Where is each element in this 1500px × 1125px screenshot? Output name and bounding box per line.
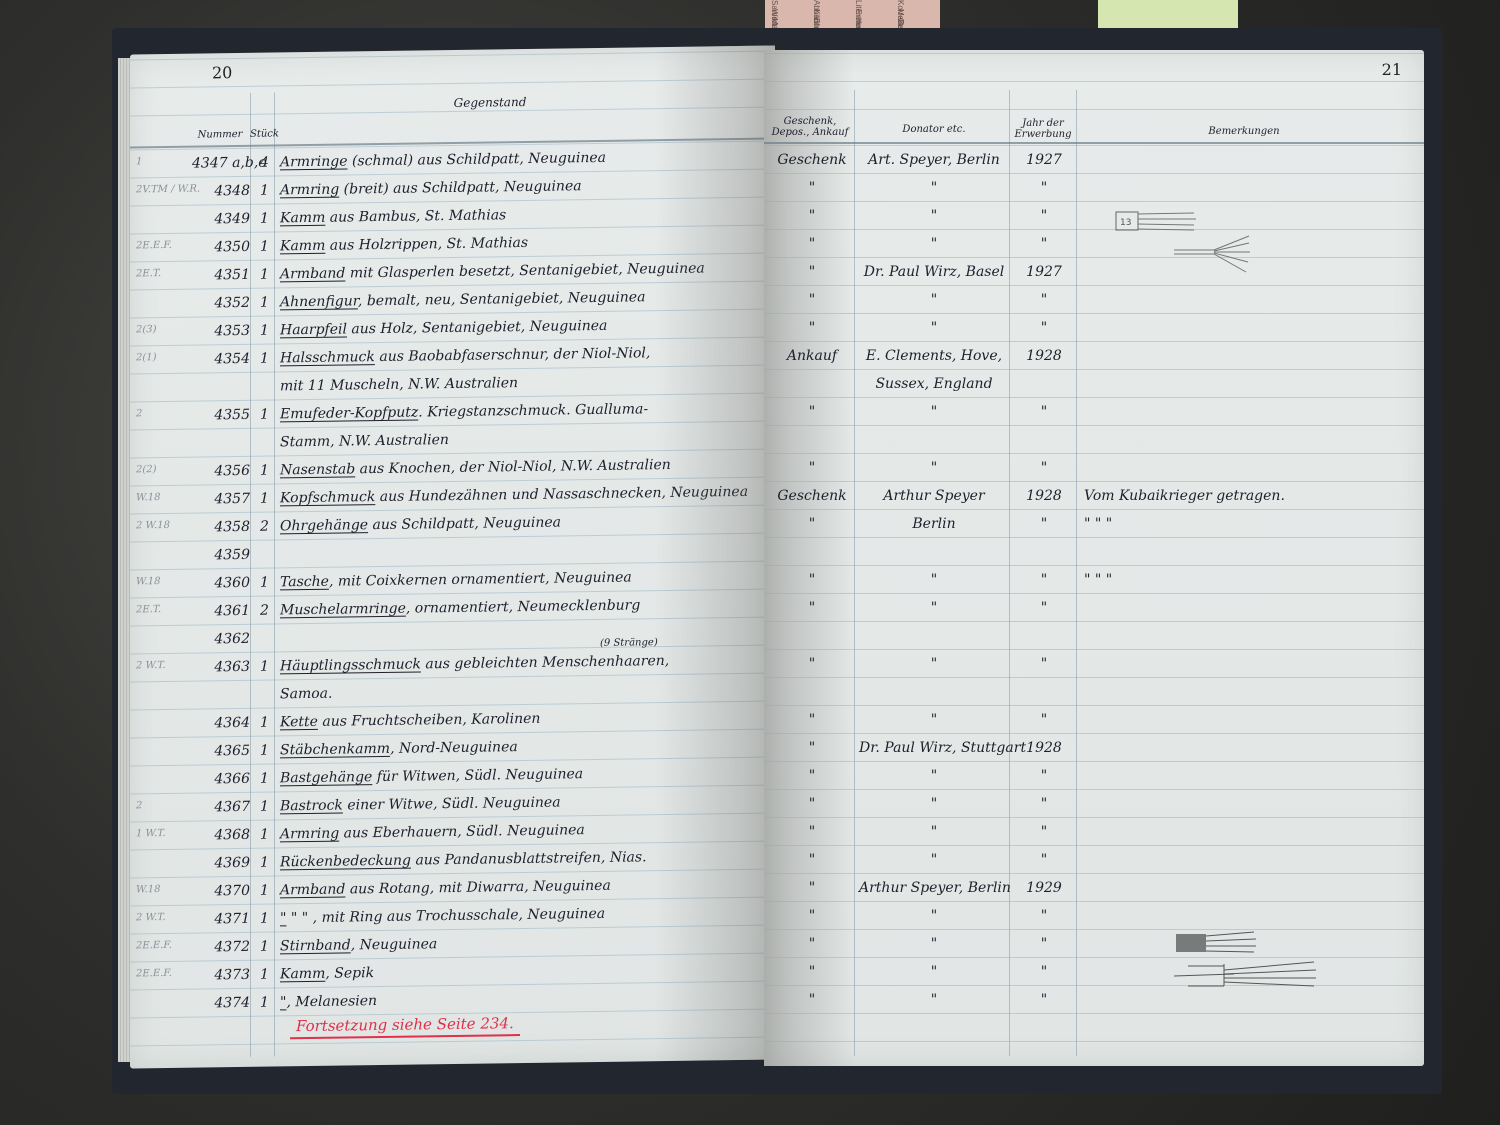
object-description: Halsschmuck aus Baobabfaserschnur, der N… [280, 345, 650, 366]
table-row: """ [764, 288, 1424, 314]
acquisition-type: " [772, 180, 852, 196]
acquisition-year: " [1009, 936, 1079, 952]
remarks: " " " [1084, 572, 1112, 588]
object-description: Kamm aus Holzrippen, St. Mathias [280, 235, 528, 254]
donor: " [859, 852, 1009, 868]
inventory-number: 4367 [192, 799, 250, 816]
acquisition-year: " [1009, 656, 1079, 672]
item-count: 4 [260, 155, 269, 171]
table-row: """ " " [764, 512, 1424, 538]
table-row: """ [764, 932, 1424, 958]
acquisition-year: 1928 [1009, 488, 1079, 504]
donor: Art. Speyer, Berlin [859, 152, 1009, 168]
table-row: GeschenkArthur Speyer1928Vom Kubaikriege… [764, 484, 1424, 510]
object-description: " " " , mit Ring aus Trochusschale, Neug… [280, 906, 605, 927]
table-row: """ [764, 596, 1424, 622]
acquisition-year: " [1009, 796, 1079, 812]
item-count: 1 [260, 323, 269, 339]
object-description: Ahnenfigur, bemalt, neu, Sentanigebiet, … [280, 289, 645, 310]
donor: " [859, 768, 1009, 784]
object-description: Kette aus Fruchtscheiben, Karolinen [280, 711, 540, 731]
inventory-number: 4372 [192, 939, 250, 956]
inventory-number: 4349 [192, 211, 250, 228]
acquisition-type: " [772, 880, 852, 896]
table-row-continuation: Sussex, England [764, 372, 1424, 398]
table-row: """" " " [764, 568, 1424, 594]
slip-label: Entstehung [812, 18, 821, 28]
remarks: " " " [1084, 516, 1112, 532]
donor: Dr. Paul Wirz, Basel [859, 264, 1009, 280]
comb-sketch-bottom [1174, 930, 1324, 1000]
acquisition-type: " [772, 460, 852, 476]
acquisition-type: " [772, 208, 852, 224]
inventory-number: 4361 [192, 603, 250, 620]
acquisition-type: " [772, 936, 852, 952]
donor: " [859, 292, 1009, 308]
inventory-number: 4366 [192, 771, 250, 788]
acquisition-year: " [1009, 852, 1079, 868]
donor: Arthur Speyer [859, 488, 1009, 504]
table-row: """ [764, 204, 1424, 230]
inventory-number: 4357 [192, 491, 250, 508]
object-description: Ohrgehänge aus Schildpatt, Neuguinea [280, 514, 561, 534]
acquisition-type: " [772, 236, 852, 252]
left-page: 20 Nummer Stück Gegenstand 14347 a,b,c4A… [130, 45, 775, 1068]
margin-annotation: 2E.E.F. [136, 940, 172, 952]
margin-annotation: 2 W.T. [136, 660, 166, 671]
remarks: Vom Kubaikrieger getragen. [1084, 488, 1285, 504]
item-count: 1 [260, 295, 269, 311]
margin-annotation: 2E.T. [136, 604, 161, 615]
object-description: Haarpfeil aus Holz, Sentanigebiet, Neugu… [280, 318, 607, 339]
margin-annotation: W.18 [136, 576, 160, 587]
acquisition-type: " [772, 992, 852, 1008]
acquisition-type: " [772, 964, 852, 980]
continuation-note: Fortsetzung siehe Seite 234. [290, 1014, 520, 1039]
slip-label: Gegenstand [896, 18, 905, 28]
inventory-number: 4348 [192, 183, 250, 200]
object-description: Bastgehänge für Witwen, Südl. Neuguinea [280, 766, 583, 786]
acquisition-type: " [772, 796, 852, 812]
inventory-number: 4370 [192, 883, 250, 900]
object-description: Armband aus Rotang, mit Diwarra, Neuguin… [280, 878, 611, 899]
object-description: Emufeder-Kopfputz. Kriegstanzschmuck. Gu… [280, 401, 648, 422]
object-description: Tasche, mit Coixkernen ornamentiert, Neu… [280, 569, 632, 590]
acquisition-year: 1928 [1009, 348, 1079, 364]
inventory-number: 4373 [192, 967, 250, 984]
table-row: AnkaufE. Clements, Hove,1928 [764, 344, 1424, 370]
inventory-number: 4363 [192, 659, 250, 676]
acquisition-year: " [1009, 572, 1079, 588]
item-count: 1 [260, 659, 269, 675]
object-description: Muschelarmringe, ornamentiert, Neumeckle… [280, 597, 640, 618]
table-row: """ [764, 176, 1424, 202]
acquisition-type: Geschenk [772, 488, 852, 504]
margin-annotation: 2(1) [136, 352, 157, 363]
table-row: """ [764, 820, 1424, 846]
object-description: Häuptlingsschmuck aus gebleichten Mensch… [280, 653, 669, 674]
donor: " [859, 824, 1009, 840]
acquisition-year: " [1009, 768, 1079, 784]
acquisition-year: " [1009, 292, 1079, 308]
margin-annotation: 2E.E.F. [136, 968, 172, 980]
margin-annotation: 2 W.T. [136, 912, 166, 923]
object-description: Armring aus Eberhauern, Südl. Neuguinea [280, 822, 585, 842]
acquisition-year: 1928 [1009, 740, 1079, 756]
table-row: """ [764, 848, 1424, 874]
donor: " [859, 320, 1009, 336]
margin-annotation: 1 W.T. [136, 828, 166, 839]
item-count: 1 [260, 715, 269, 731]
margin-annotation: 2E.E.F. [136, 240, 172, 252]
acquisition-type: " [772, 656, 852, 672]
table-row: """ [764, 792, 1424, 818]
object-description: Kamm, Sepik [280, 965, 374, 982]
comb-sketch-top: 13 [1114, 210, 1254, 280]
donor: " [859, 712, 1009, 728]
acquisition-year: " [1009, 404, 1079, 420]
svg-text:13: 13 [1120, 218, 1131, 228]
item-count: 1 [260, 743, 269, 759]
acquisition-year: " [1009, 824, 1079, 840]
inventory-number: 4350 [192, 239, 250, 256]
item-count: 1 [260, 855, 269, 871]
item-count: 1 [260, 771, 269, 787]
item-count: 2 [260, 603, 269, 619]
object-note: (9 Stränge) [600, 637, 658, 649]
table-row: """ [764, 400, 1424, 426]
inventory-number: 4360 [192, 575, 250, 592]
table-row: "Dr. Paul Wirz, Stuttgart1928 [764, 736, 1424, 762]
header-year: Jahr der Erwerbung [1011, 118, 1075, 140]
acquisition-type: " [772, 516, 852, 532]
table-row: """ [764, 652, 1424, 678]
acquisition-year: " [1009, 712, 1079, 728]
donor: " [859, 404, 1009, 420]
slip-label: Herkunft [854, 18, 863, 28]
item-count: 1 [260, 211, 269, 227]
header-number: Nummer [192, 129, 248, 141]
object-description: Stirnband, Neuguinea [280, 936, 437, 954]
item-count: 2 [260, 519, 269, 535]
inventory-number: 4371 [192, 911, 250, 928]
object-description: Bastrock einer Witwe, Südl. Neuguinea [280, 794, 561, 814]
donor: " [859, 796, 1009, 812]
donor: " [859, 208, 1009, 224]
item-count: 1 [260, 939, 269, 955]
object-description: Kopfschmuck aus Hundezähnen und Nassasch… [280, 484, 748, 507]
table-row: """ [764, 316, 1424, 342]
donor: " [859, 964, 1009, 980]
item-count: 1 [260, 827, 269, 843]
inventory-number: 4356 [192, 463, 250, 480]
acquisition-type: " [772, 600, 852, 616]
acquisition-type: " [772, 740, 852, 756]
header-remarks: Bemerkungen [1084, 126, 1404, 137]
acquisition-type: " [772, 320, 852, 336]
acquisition-year: " [1009, 908, 1079, 924]
ledger-book: 20 Nummer Stück Gegenstand 14347 a,b,c4A… [112, 28, 1442, 1094]
item-count: 1 [260, 351, 269, 367]
margin-annotation: 2(3) [136, 324, 157, 335]
table-row: "Dr. Paul Wirz, Basel1927 [764, 260, 1424, 286]
item-count: 1 [260, 967, 269, 983]
donor: " [859, 460, 1009, 476]
acquisition-type: " [772, 264, 852, 280]
donor: Arthur Speyer, Berlin [859, 880, 1009, 896]
object-description: Rückenbedeckung aus Pandanusblattstreife… [280, 849, 647, 870]
inventory-number: 4364 [192, 715, 250, 732]
inventory-number: 4369 [192, 855, 250, 872]
table-row: """ [764, 904, 1424, 930]
margin-annotation: 2 [136, 408, 142, 419]
margin-annotation: 2V.TM / W.R. [136, 184, 200, 196]
margin-annotation: 2 [136, 800, 142, 811]
page-number-left: 20 [212, 63, 232, 82]
table-row: """ [764, 960, 1424, 986]
table-row: """ [764, 708, 1424, 734]
object-description-continued: Stamm, N.W. Australien [280, 432, 449, 450]
margin-annotation: 2 W.18 [136, 520, 170, 531]
margin-annotation: W.18 [136, 492, 160, 503]
item-count: 1 [260, 183, 269, 199]
item-count: 1 [260, 463, 269, 479]
acquisition-type: " [772, 908, 852, 924]
acquisition-type: Geschenk [772, 152, 852, 168]
right-page: 21 Geschenk, Depos., Ankauf Donator etc.… [764, 50, 1424, 1066]
inventory-number: 4354 [192, 351, 250, 368]
acquisition-year: " [1009, 992, 1079, 1008]
acquisition-year: " [1009, 180, 1079, 196]
acquisition-type: " [772, 292, 852, 308]
object-description: Kamm aus Bambus, St. Mathias [280, 207, 506, 226]
acquisition-year: 1927 [1009, 152, 1079, 168]
item-count: 1 [260, 407, 269, 423]
donor: " [859, 992, 1009, 1008]
margin-annotation: W.18 [136, 884, 160, 895]
donor: " [859, 936, 1009, 952]
donor: " [859, 236, 1009, 252]
header-count: Stück [250, 128, 274, 139]
acquisition-type: " [772, 572, 852, 588]
table-row: "Arthur Speyer, Berlin1929 [764, 876, 1424, 902]
donor: E. Clements, Hove, [859, 348, 1009, 364]
table-row: GeschenkArt. Speyer, Berlin1927 [764, 148, 1424, 174]
inventory-number: 4365 [192, 743, 250, 760]
margin-annotation: 2(2) [136, 464, 157, 475]
table-row: """ [764, 456, 1424, 482]
inventory-number: 4355 [192, 407, 250, 424]
inventory-number: 4358 [192, 519, 250, 536]
item-count: 1 [260, 239, 269, 255]
acquisition-type: " [772, 712, 852, 728]
inventory-number: 4368 [192, 827, 250, 844]
acquisition-year: 1929 [1009, 880, 1079, 896]
acquisition-type: " [772, 852, 852, 868]
acquisition-year: " [1009, 208, 1079, 224]
inventory-number: 4351 [192, 267, 250, 284]
inventory-number: 4374 [192, 995, 250, 1012]
margin-annotation: 1 [136, 156, 142, 167]
acquisition-type: " [772, 824, 852, 840]
header-donor: Donator etc. [859, 124, 1009, 135]
header-rule [764, 142, 1424, 144]
header-object: Gegenstand [430, 97, 550, 110]
donor: " [859, 908, 1009, 924]
table-row: """ [764, 988, 1424, 1014]
inventory-number: 4353 [192, 323, 250, 340]
item-count: 1 [260, 883, 269, 899]
acquisition-year: " [1009, 516, 1079, 532]
donor: Dr. Paul Wirz, Stuttgart [859, 740, 1009, 756]
inventory-number: 4352 [192, 295, 250, 312]
table-row: """ [764, 764, 1424, 790]
item-count: 1 [260, 995, 269, 1011]
table-row: """ [764, 232, 1424, 258]
item-count: 1 [260, 267, 269, 283]
donor: " [859, 180, 1009, 196]
page-number-right: 21 [1382, 60, 1402, 79]
acquisition-type: " [772, 768, 852, 784]
item-count: 1 [260, 911, 269, 927]
acquisition-year: " [1009, 964, 1079, 980]
item-count: 1 [260, 491, 269, 507]
header-acquisition-type: Geschenk, Depos., Ankauf [768, 116, 852, 138]
donor-continued: Sussex, England [859, 376, 1009, 392]
acquisition-year: " [1009, 320, 1079, 336]
margin-annotation: 2E.T. [136, 268, 161, 279]
object-description: Armringe (schmal) aus Schildpatt, Neugui… [280, 150, 606, 171]
acquisition-year: " [1009, 236, 1079, 252]
inventory-number: 4359 [192, 547, 250, 564]
acquisition-year: " [1009, 460, 1079, 476]
item-count: 1 [260, 575, 269, 591]
inventory-number: 4362 [192, 631, 250, 648]
object-description: Armring (breit) aus Schildpatt, Neuguine… [280, 178, 582, 198]
donor: " [859, 600, 1009, 616]
acquisition-year: 1927 [1009, 264, 1079, 280]
object-description: ", Melanesien [280, 993, 377, 1010]
green-bookmark-slip [1098, 0, 1238, 28]
index-card-slip: SammlungAbbildungLiteraturKorrekt.WertKa… [765, 0, 940, 28]
item-count: 1 [260, 799, 269, 815]
object-description: Armband mit Glasperlen besetzt, Sentanig… [280, 260, 705, 282]
inventory-number: 4347 a,b,c [192, 155, 250, 172]
object-description-continued: mit 11 Muscheln, N.W. Australien [280, 375, 518, 394]
object-description: Stäbchenkamm, Nord-Neuguinea [280, 739, 518, 758]
acquisition-year: " [1009, 600, 1079, 616]
acquisition-type: Ankauf [772, 348, 852, 364]
object-description: Nasenstab aus Knochen, der Niol-Niol, N.… [280, 457, 671, 478]
donor: " [859, 656, 1009, 672]
donor: " [859, 572, 1009, 588]
object-description-continued: Samoa. [280, 686, 332, 703]
acquisition-type: " [772, 404, 852, 420]
